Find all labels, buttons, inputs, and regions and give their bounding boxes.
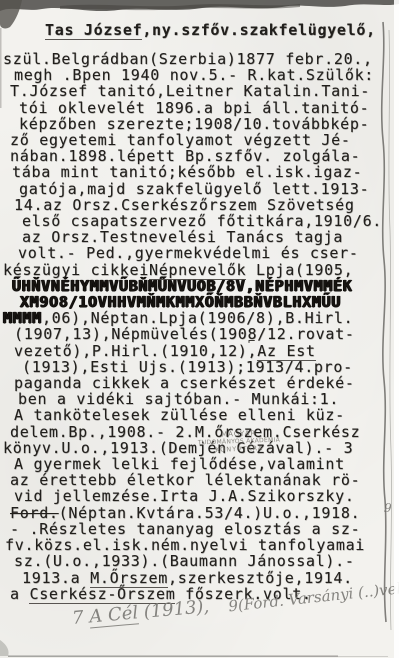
typewritten-line: 14.az Orsz.Cserkészőrszem Szövetség xyxy=(14,197,396,213)
typewritten-line: sz.(U.o.,1933).(Baumann Jánossal).- xyxy=(14,553,396,569)
typewritten-line: tába mint tanitó;később el.isk.igaz- xyxy=(12,164,396,180)
typewritten-line: paganda cikkek a cserkészet érdeké- xyxy=(14,375,396,391)
typewritten-line: A gyermek lelki fejlődése,valamint xyxy=(14,456,396,472)
typewritten-line: (1907,13),Népmüvelés(1908/12.rovat- xyxy=(14,326,396,342)
typewritten-line: 1913.a M.Őrszem,szerkesztője,1914. xyxy=(22,570,396,586)
library-stamp: MAGYAR TUDOMÁNYOS AKADÉMIA KÖNYVTÁRA xyxy=(193,428,286,454)
typewritten-text-block: Tas József,ny.szfőv.szakfelügyelő, szül.… xyxy=(3,21,396,602)
typewritten-line: vid jellemzése.Irta J.A.Szikorszky. xyxy=(14,488,396,504)
typewritten-line: volt.- Ped.,gyermekvédelmi és cser- xyxy=(18,245,396,261)
title-name: Tas József xyxy=(45,21,142,40)
document-title: Tas József,ny.szfőv.szakfelügyelő, xyxy=(45,21,396,39)
typewritten-line: MMMM,06),Néptan.Lpja(1906/8),B.Hirl. xyxy=(3,310,396,326)
typewritten-line-overstruck: ŰHŇVNÉHYMMVŰBŇMŰNVUOB/8V,NÉPHMVMMÉK xyxy=(12,278,396,294)
document-scan: Tas József,ny.szfőv.szakfelügyelő, szül.… xyxy=(0,0,399,658)
typewritten-line: - .Részletes tananyag elosztás a sz- xyxy=(10,521,396,537)
handwritten-margin-note: 9 xyxy=(384,501,392,515)
typewritten-line: fv.közs.el.isk.ném.nyelvi tanfolyamai xyxy=(5,537,396,553)
typewritten-line: gatója,majd szakfelügyelő lett.1913- xyxy=(19,181,396,197)
typewritten-line: megh .Bpen 1940 nov.5.- R.kat.Szülők: xyxy=(14,67,396,83)
typewritten-line: vezető),P.Hirl.(1910,12),Az Est xyxy=(14,343,396,359)
typewritten-line: első csapatszervező főtitkára,1910/6. xyxy=(22,213,396,229)
typewritten-line: tói oklevelét 1896.a bpi áll.tanitó- xyxy=(19,100,396,116)
typewritten-line: képzőben szerezte;1908/10.továbbkép- xyxy=(19,116,396,132)
typewritten-line: szül.Belgrádban(Szerbia)1877 febr.20., xyxy=(3,51,396,67)
typewritten-line: az Orsz.Testnevelési Tanács tagja xyxy=(22,229,396,245)
insertion-mark: ⌐ xyxy=(248,334,255,348)
typewritten-line: nában.1898.lépett Bp.szfőv. zolgála- xyxy=(10,148,396,164)
typewritten-line: az érettebb életkor lélektanának rö- xyxy=(10,472,396,488)
typewritten-line: készügyi cikkeiNépnevelők Lpja(1905, xyxy=(3,262,396,278)
typewritten-line: ben a vidéki sajtóban.- Munkái:1. xyxy=(18,391,396,407)
typewritten-line: Ford.(Néptan.Kvtára.53/4.)U.o.,1918. xyxy=(10,505,396,521)
typewritten-line: (1913),Esti Ujs.(1913);1913/4.pro- xyxy=(22,359,396,375)
typewritten-line: T.József tanitó,Leitner Katalin.Tani- xyxy=(10,83,396,99)
typewritten-line-overstruck: XM9O8/1OVHHVMŇMKMMXŐŇMBBŇVBLHXMŰU xyxy=(20,294,396,310)
typewritten-line: A tankötelesek züllése elleni küz- xyxy=(14,407,396,423)
typewritten-line: ző egyetemi tanfolyamot végzett Jé- xyxy=(10,132,396,148)
